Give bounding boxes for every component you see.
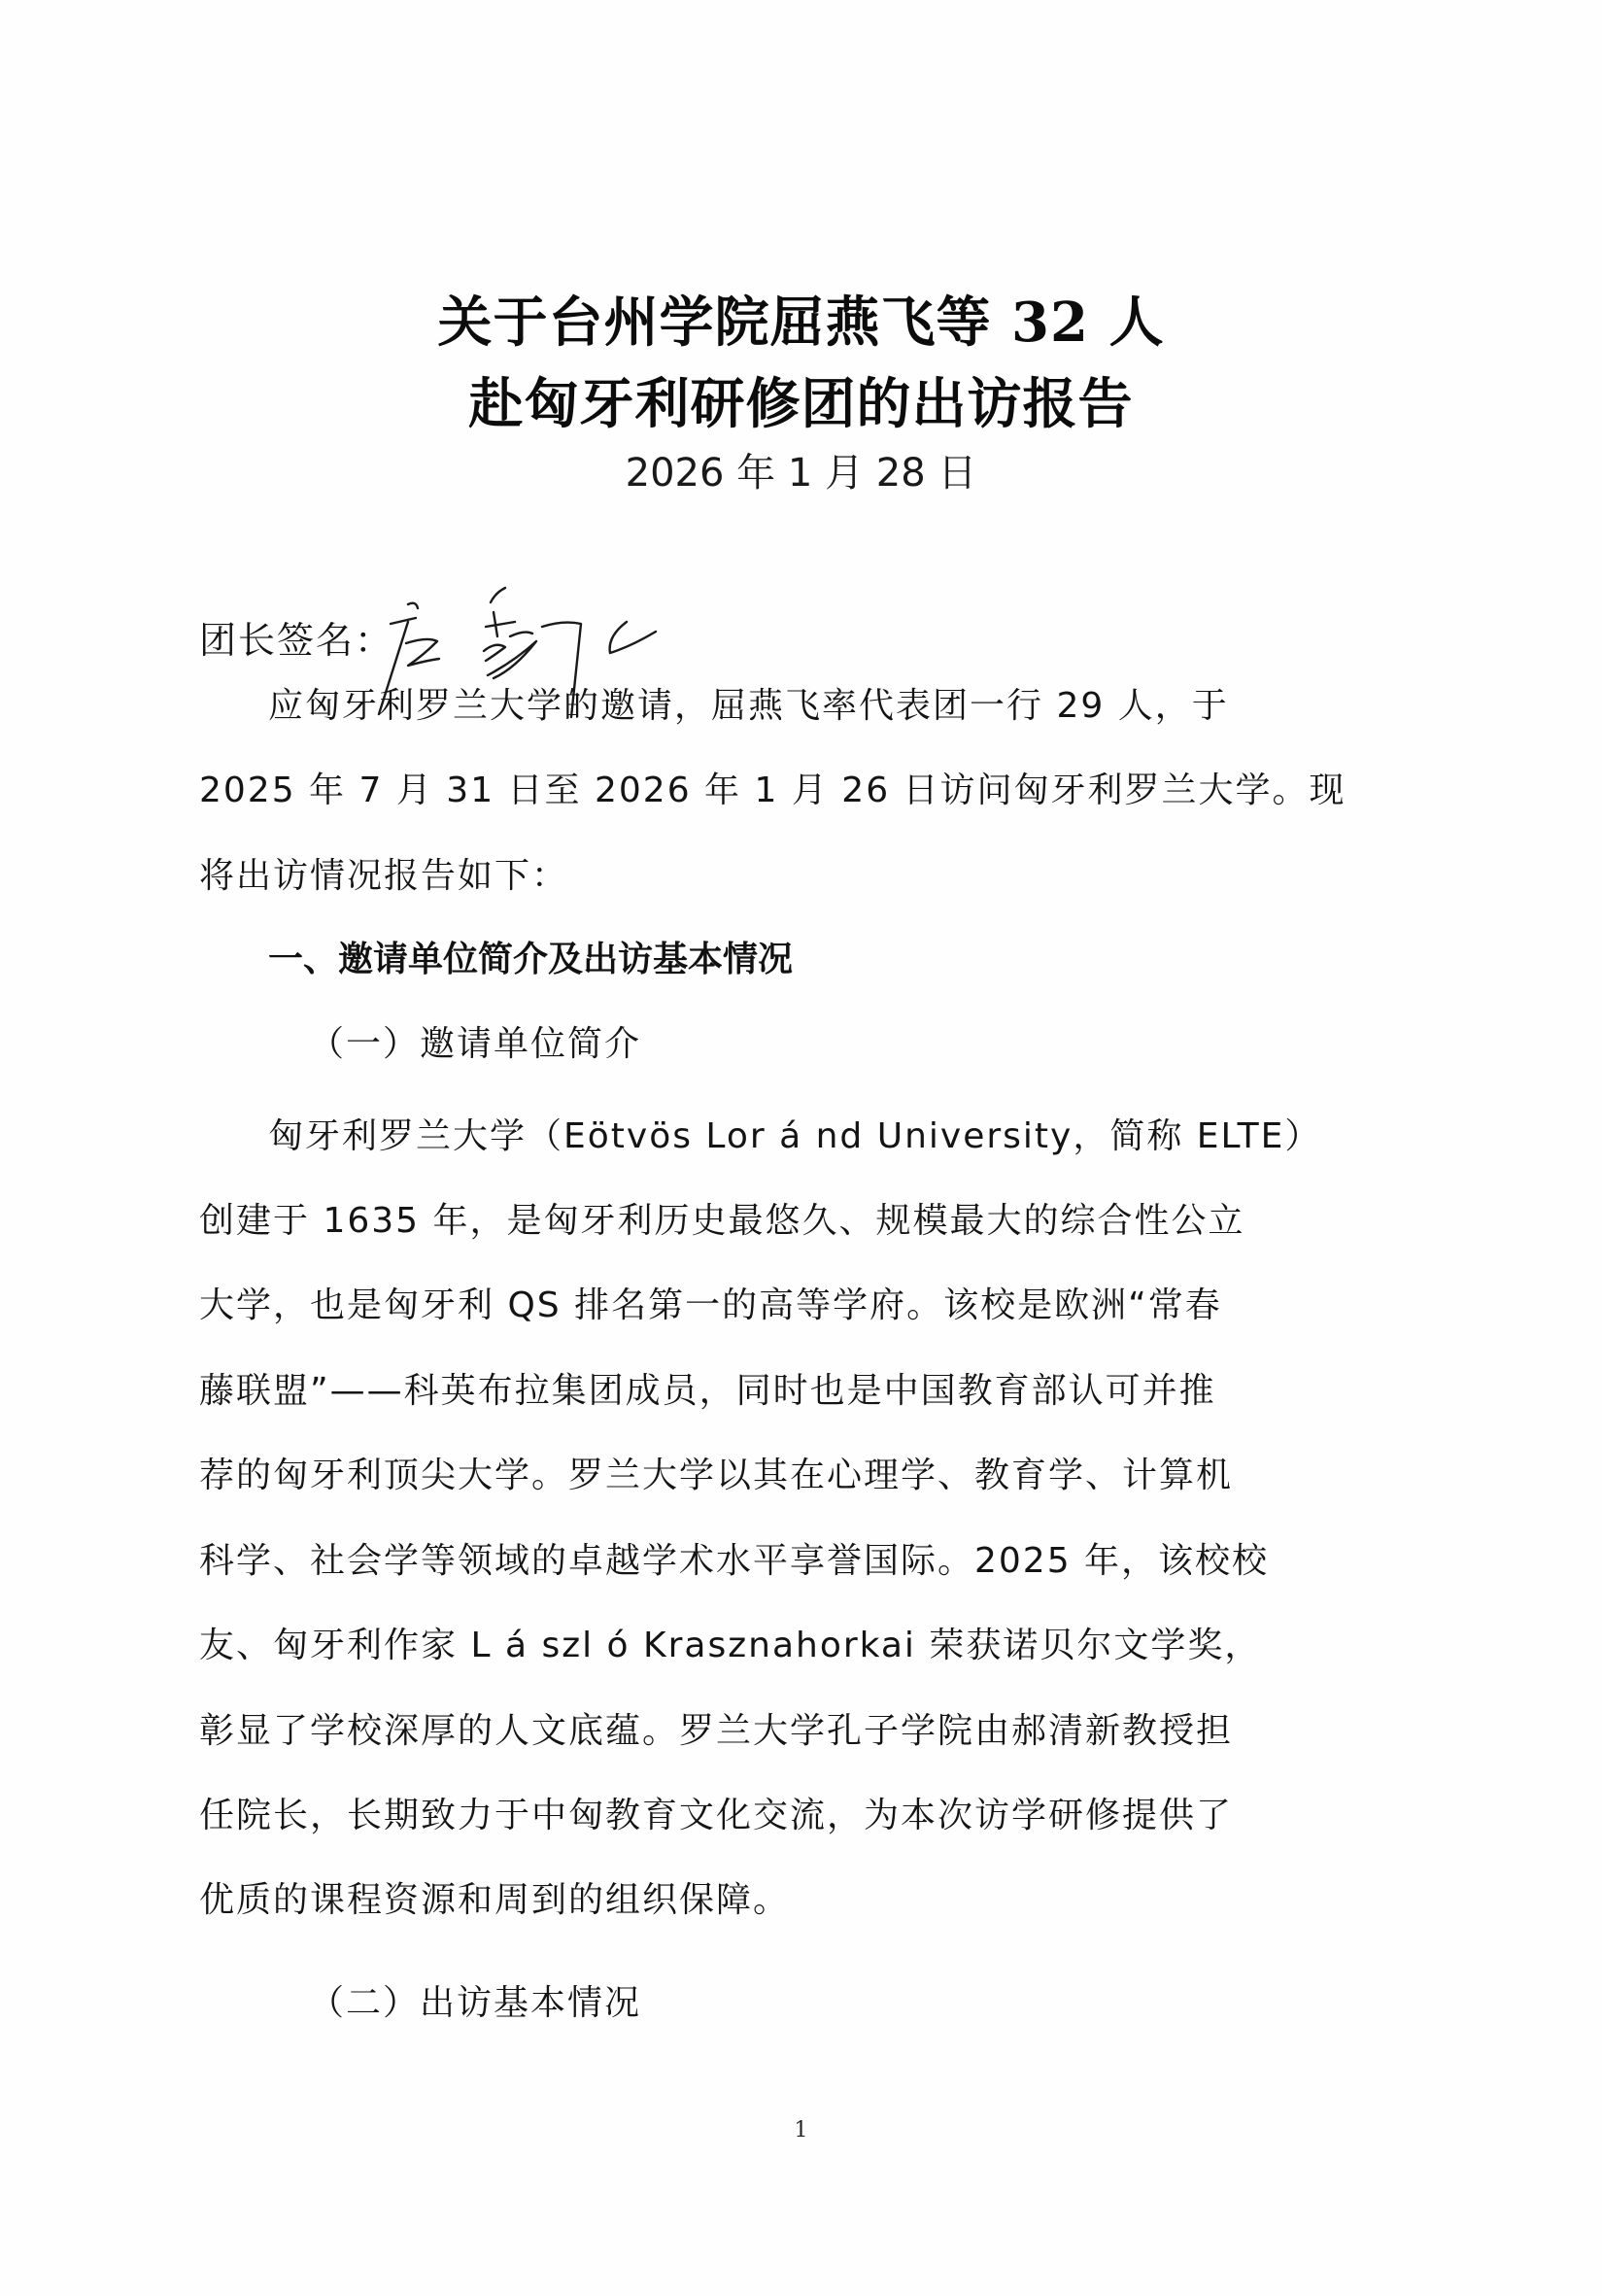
document-date: 2026 年 1 月 28 日 bbox=[0, 442, 1602, 497]
section-1-heading: 一、邀请单位简介及出访基本情况 bbox=[268, 939, 793, 981]
body-line-8: 彰显了学校深厚的人文底蕴。罗兰大学孔子学院由郝清新教授担 bbox=[199, 1710, 1233, 1753]
document-title-line-2: 赴匈牙利研修团的出访报告 bbox=[0, 361, 1602, 439]
body-line-7: 友、匈牙利作家 L á szl ó Krasznahorkai 荣获诺贝尔文学奖… bbox=[199, 1625, 1261, 1667]
subsection-1-heading: （一）邀请单位简介 bbox=[309, 1023, 641, 1066]
body-line-6: 科学、社会学等领域的卓越学术水平享誉国际。2025 年，该校校 bbox=[199, 1540, 1269, 1583]
document-page: 关于台州学院屈燕飞等 32 人 赴匈牙利研修团的出访报告 2026 年 1 月 … bbox=[0, 0, 1602, 2296]
intro-line-1: 应匈牙利罗兰大学的邀请，屈燕飞率代表团一行 29 人，于 bbox=[268, 685, 1229, 728]
body-line-9: 任院长，长期致力于中匈教育文化交流，为本次访学研修提供了 bbox=[199, 1795, 1233, 1837]
body-line-3: 大学，也是匈牙利 QS 排名第一的高等学府。该校是欧洲“常春 bbox=[199, 1285, 1222, 1327]
signature-label: 团长签名： bbox=[199, 610, 393, 664]
body-line-10: 优质的课程资源和周到的组织保障。 bbox=[199, 1879, 790, 1922]
page-number: 1 bbox=[0, 2118, 1602, 2142]
intro-line-2: 2025 年 7 月 31 日至 2026 年 1 月 26 日访问匈牙利罗兰大… bbox=[199, 770, 1346, 812]
document-title-line-1: 关于台州学院屈燕飞等 32 人 bbox=[0, 280, 1602, 358]
subsection-2-heading: （二）出访基本情况 bbox=[309, 1982, 641, 2025]
body-line-4: 藤联盟”——科英布拉集团成员，同时也是中国教育部认可并推 bbox=[199, 1370, 1216, 1413]
body-line-2: 创建于 1635 年，是匈牙利历史最悠久、规模最大的综合性公立 bbox=[199, 1200, 1245, 1243]
body-line-5: 荐的匈牙利顶尖大学。罗兰大学以其在心理学、教育学、计算机 bbox=[199, 1455, 1233, 1497]
intro-line-3: 将出访情况报告如下： bbox=[199, 855, 568, 898]
body-line-1: 匈牙利罗兰大学（Eötvös Lor á nd University，简称 EL… bbox=[268, 1115, 1321, 1158]
